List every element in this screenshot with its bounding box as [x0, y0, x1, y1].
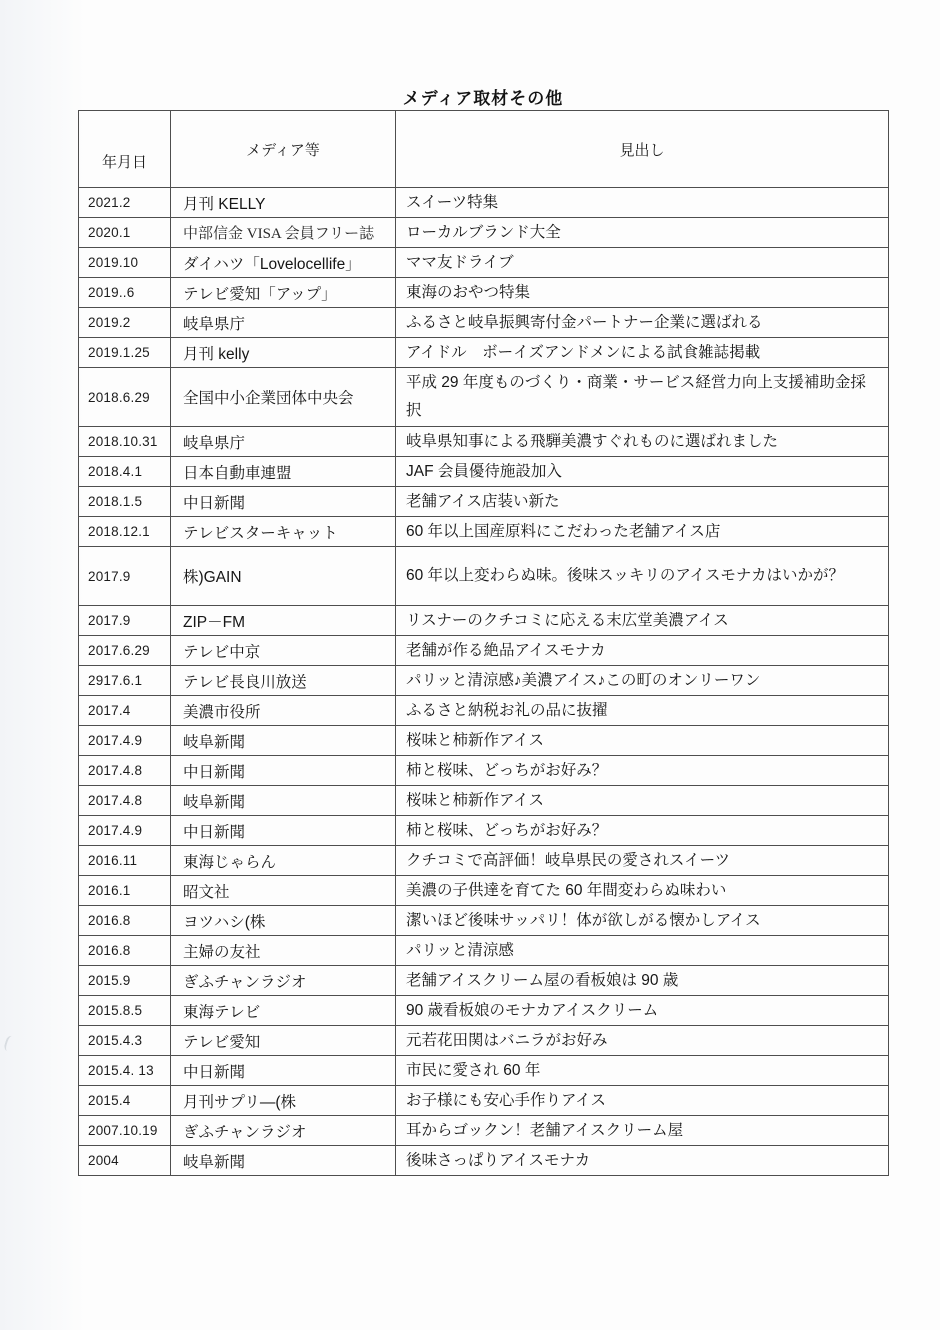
table-row: 2017.4.8 中日新聞 柿と桜味、どっちがお好み？	[79, 756, 889, 786]
date-cell: 2020.1	[79, 218, 171, 248]
headline-cell: ふるさと岐阜振興寄付金パートナー企業に選ばれる	[396, 308, 889, 338]
header-row: 年月日 メディア等 見出し	[79, 111, 889, 188]
date-cell: 2018.4.1	[79, 457, 171, 487]
table-row: 2019.1.25 月刊 kelly アイドル ボーイズアンドメンによる試食雑誌…	[79, 338, 889, 368]
date-cell: 2019..6	[79, 278, 171, 308]
table-row: 2016.8 主婦の友社 パリッと清涼感	[79, 936, 889, 966]
media-cell: 中日新聞	[171, 487, 396, 517]
date-cell: 2017.9	[79, 547, 171, 606]
table-row: 2018.12.1 テレビスターキャット 60 年以上国産原料にこだわった老舗ア…	[79, 517, 889, 547]
date-cell: 2016.8	[79, 906, 171, 936]
headline-cell: 後味さっぱりアイスモナカ	[396, 1146, 889, 1176]
header-media: メディア等	[171, 111, 396, 188]
headline-cell: お子様にも安心手作りアイス	[396, 1086, 889, 1116]
table-row: 2018.4.1 日本自動車連盟 JAF 会員優待施設加入	[79, 457, 889, 487]
table-row: 2015.4.3 テレビ愛知 元若花田関はバニラがお好み	[79, 1026, 889, 1056]
date-cell: 2021.2	[79, 188, 171, 218]
media-cell: ヨツハシ(株	[171, 906, 396, 936]
date-cell: 2015.4	[79, 1086, 171, 1116]
headline-cell: アイドル ボーイズアンドメンによる試食雑誌掲載	[396, 338, 889, 368]
table-row: 2015.4. 13 中日新聞 市民に愛され 60 年	[79, 1056, 889, 1086]
headline-cell: ママ友ドライブ	[396, 248, 889, 278]
media-cell: 月刊 kelly	[171, 338, 396, 368]
date-cell: 2019.10	[79, 248, 171, 278]
media-cell: 主婦の友社	[171, 936, 396, 966]
header-headline: 見出し	[396, 111, 889, 188]
table-row: 2017.4.9 岐阜新聞 桜味と柿新作アイス	[79, 726, 889, 756]
media-cell: 株)GAIN	[171, 547, 396, 606]
date-cell: 2017.4.8	[79, 786, 171, 816]
headline-cell: 元若花田関はバニラがお好み	[396, 1026, 889, 1056]
date-cell: 2917.6.1	[79, 666, 171, 696]
media-cell: 中日新聞	[171, 756, 396, 786]
headline-cell: 90 歳看板娘のモナカアイスクリーム	[396, 996, 889, 1026]
headline-cell: 柿と桜味、どっちがお好み？	[396, 756, 889, 786]
media-cell: テレビスターキャット	[171, 517, 396, 547]
media-cell: テレビ長良川放送	[171, 666, 396, 696]
media-cell: 中部信金 VISA 会員フリー誌	[171, 218, 396, 248]
media-cell: 全国中小企業団体中央会	[171, 368, 396, 427]
media-cell: 中日新聞	[171, 1056, 396, 1086]
table-row: 2016.8 ヨツハシ(株 潔いほど後味サッパリ！体が欲しがる懐かしアイス	[79, 906, 889, 936]
headline-cell: パリッと清涼感	[396, 936, 889, 966]
table-row: 2007.10.19 ぎふチャンラジオ 耳からゴックン！老舗アイスクリーム屋	[79, 1116, 889, 1146]
date-cell: 2016.8	[79, 936, 171, 966]
date-cell: 2019.1.25	[79, 338, 171, 368]
headline-cell: クチコミで高評価！岐阜県民の愛されスイーツ	[396, 846, 889, 876]
headline-cell: 桜味と柿新作アイス	[396, 786, 889, 816]
table-row: 2019.10 ダイハツ「Lovelocellife」 ママ友ドライブ	[79, 248, 889, 278]
media-cell: ぎふチャンラジオ	[171, 1116, 396, 1146]
media-cell: 岐阜新聞	[171, 1146, 396, 1176]
table-row: 2017.4.8 岐阜新聞 桜味と柿新作アイス	[79, 786, 889, 816]
media-coverage-table: 年月日 メディア等 見出し 2021.2 月刊 KELLY スイーツ特集 202…	[78, 110, 889, 1176]
media-cell: 日本自動車連盟	[171, 457, 396, 487]
headline-cell: 柿と桜味、どっちがお好み？	[396, 816, 889, 846]
date-cell: 2016.11	[79, 846, 171, 876]
date-cell: 2015.8.5	[79, 996, 171, 1026]
table-row: 2016.11 東海じゃらん クチコミで高評価！岐阜県民の愛されスイーツ	[79, 846, 889, 876]
headline-cell: 老舗が作る絶品アイスモナカ	[396, 636, 889, 666]
media-cell: 東海じゃらん	[171, 846, 396, 876]
table-row: 2018.1.5 中日新聞 老舗アイス店装い新た	[79, 487, 889, 517]
date-cell: 2017.4.9	[79, 726, 171, 756]
headline-cell: 東海のおやつ特集	[396, 278, 889, 308]
table-row: 2019..6 テレビ愛知「アップ」 東海のおやつ特集	[79, 278, 889, 308]
headline-cell: 60 年以上国産原料にこだわった老舗アイス店	[396, 517, 889, 547]
table-row: 2018.10.31 岐阜県庁 岐阜県知事による飛騨美濃すぐれものに選ばれました	[79, 427, 889, 457]
table-row: 2016.1 昭文社 美濃の子供達を育てた 60 年間変わらぬ味わい	[79, 876, 889, 906]
media-cell: ぎふチャンラジオ	[171, 966, 396, 996]
headline-cell: リスナーのクチコミに応える末広堂美濃アイス	[396, 606, 889, 636]
headline-cell: パリッと清涼感♪美濃アイス♪この町のオンリーワン	[396, 666, 889, 696]
headline-cell: ふるさと納税お礼の品に抜擢	[396, 696, 889, 726]
header-date: 年月日	[79, 111, 171, 188]
date-cell: 2017.4.8	[79, 756, 171, 786]
headline-cell: 市民に愛され 60 年	[396, 1056, 889, 1086]
headline-cell: 平成 29 年度ものづくり・商業・サービス経営力向上支援補助金採択	[396, 368, 889, 427]
table-row: 2015.4 月刊サプリ―(株 お子様にも安心手作りアイス	[79, 1086, 889, 1116]
table-row: 2015.9 ぎふチャンラジオ 老舗アイスクリーム屋の看板娘は 90 歳	[79, 966, 889, 996]
media-cell: 東海テレビ	[171, 996, 396, 1026]
media-cell: 岐阜新聞	[171, 786, 396, 816]
table-row: 2017.4.9 中日新聞 柿と桜味、どっちがお好み？	[79, 816, 889, 846]
media-cell: 美濃市役所	[171, 696, 396, 726]
headline-cell: 60 年以上変わらぬ味。後味スッキリのアイスモナカはいかが？	[396, 547, 889, 606]
headline-cell: 桜味と柿新作アイス	[396, 726, 889, 756]
headline-cell: JAF 会員優待施設加入	[396, 457, 889, 487]
media-cell: テレビ愛知	[171, 1026, 396, 1056]
headline-cell: ローカルブランド大全	[396, 218, 889, 248]
media-cell: ZIP－FM	[171, 606, 396, 636]
media-cell: テレビ中京	[171, 636, 396, 666]
date-cell: 2017.9	[79, 606, 171, 636]
date-cell: 2007.10.19	[79, 1116, 171, 1146]
table-row: 2017.9 株)GAIN 60 年以上変わらぬ味。後味スッキリのアイスモナカは…	[79, 547, 889, 606]
table-row: 2004 岐阜新聞 後味さっぱりアイスモナカ	[79, 1146, 889, 1176]
table-row: 2917.6.1 テレビ長良川放送 パリッと清涼感♪美濃アイス♪この町のオンリー…	[79, 666, 889, 696]
date-cell: 2016.1	[79, 876, 171, 906]
table-row: 2019.2 岐阜県庁 ふるさと岐阜振興寄付金パートナー企業に選ばれる	[79, 308, 889, 338]
headline-cell: 老舗アイスクリーム屋の看板娘は 90 歳	[396, 966, 889, 996]
date-cell: 2018.12.1	[79, 517, 171, 547]
headline-cell: 老舗アイス店装い新た	[396, 487, 889, 517]
date-cell: 2017.4.9	[79, 816, 171, 846]
media-cell: 岐阜県庁	[171, 308, 396, 338]
table-row: 2017.9 ZIP－FM リスナーのクチコミに応える末広堂美濃アイス	[79, 606, 889, 636]
date-cell: 2015.4. 13	[79, 1056, 171, 1086]
headline-cell: スイーツ特集	[396, 188, 889, 218]
table-body: 2021.2 月刊 KELLY スイーツ特集 2020.1 中部信金 VISA …	[79, 188, 889, 1176]
table-row: 2017.6.29 テレビ中京 老舗が作る絶品アイスモナカ	[79, 636, 889, 666]
media-cell: 中日新聞	[171, 816, 396, 846]
table-row: 2018.6.29 全国中小企業団体中央会 平成 29 年度ものづくり・商業・サ…	[79, 368, 889, 427]
table-row: 2015.8.5 東海テレビ 90 歳看板娘のモナカアイスクリーム	[79, 996, 889, 1026]
date-cell: 2018.10.31	[79, 427, 171, 457]
date-cell: 2018.6.29	[79, 368, 171, 427]
media-cell: 昭文社	[171, 876, 396, 906]
date-cell: 2015.4.3	[79, 1026, 171, 1056]
headline-cell: 岐阜県知事による飛騨美濃すぐれものに選ばれました	[396, 427, 889, 457]
date-cell: 2017.4	[79, 696, 171, 726]
date-cell: 2015.9	[79, 966, 171, 996]
media-cell: 月刊 KELLY	[171, 188, 396, 218]
date-cell: 2018.1.5	[79, 487, 171, 517]
media-cell: テレビ愛知「アップ」	[171, 278, 396, 308]
scan-artifact	[3, 1035, 19, 1054]
date-cell: 2017.6.29	[79, 636, 171, 666]
date-cell: 2019.2	[79, 308, 171, 338]
table-row: 2021.2 月刊 KELLY スイーツ特集	[79, 188, 889, 218]
media-cell: 岐阜県庁	[171, 427, 396, 457]
table-row: 2020.1 中部信金 VISA 会員フリー誌 ローカルブランド大全	[79, 218, 889, 248]
date-cell: 2004	[79, 1146, 171, 1176]
page-title: メディア取材その他	[78, 84, 888, 109]
headline-cell: 耳からゴックン！老舗アイスクリーム屋	[396, 1116, 889, 1146]
table-header: 年月日 メディア等 見出し	[79, 111, 889, 188]
media-cell: ダイハツ「Lovelocellife」	[171, 248, 396, 278]
media-cell: 月刊サプリ―(株	[171, 1086, 396, 1116]
scan-page: { "page": { "title": "メディア取材その他" }, "tab…	[0, 0, 940, 1330]
headline-cell: 美濃の子供達を育てた 60 年間変わらぬ味わい	[396, 876, 889, 906]
table-row: 2017.4 美濃市役所 ふるさと納税お礼の品に抜擢	[79, 696, 889, 726]
media-cell: 岐阜新聞	[171, 726, 396, 756]
headline-cell: 潔いほど後味サッパリ！体が欲しがる懐かしアイス	[396, 906, 889, 936]
